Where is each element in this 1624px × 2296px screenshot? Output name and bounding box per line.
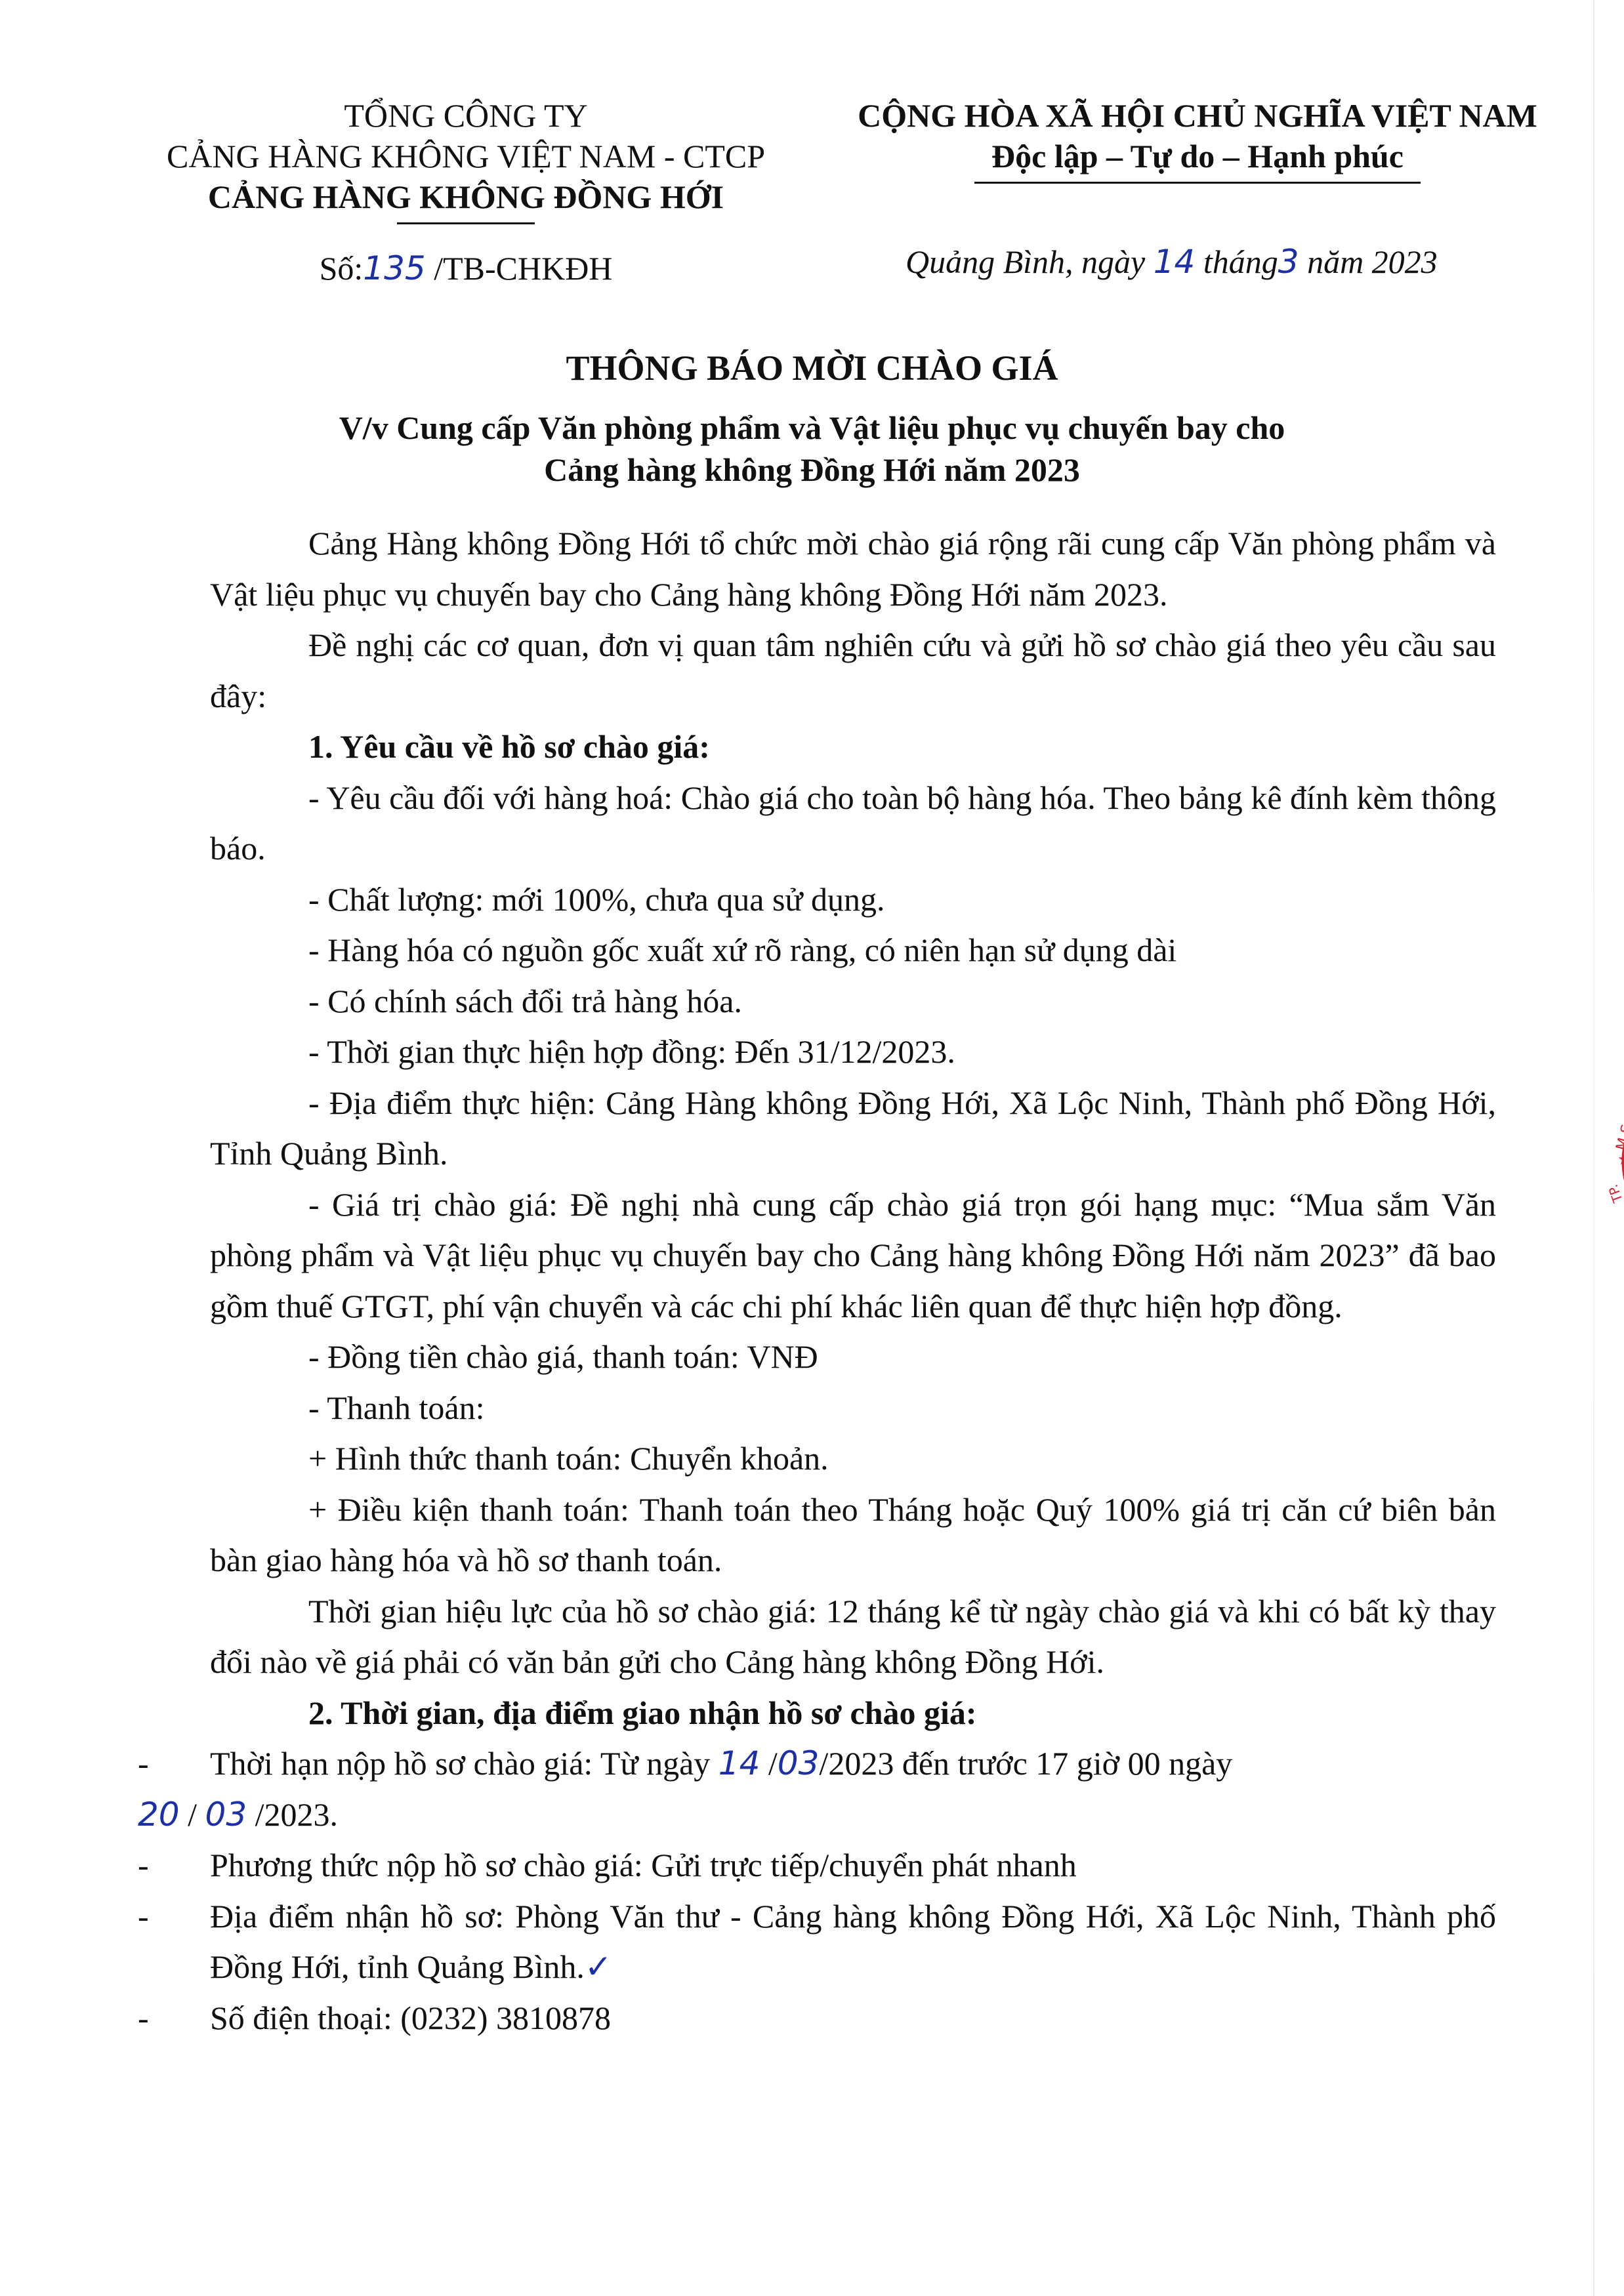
deadline-end-month: 03 xyxy=(205,1795,247,1834)
submission-deadline: Thời hạn nộp hồ sơ chào giá: Từ ngày 14 … xyxy=(102,1738,1604,1790)
subtitle-line2: Cảng hàng không Đồng Hới năm 2023 xyxy=(0,449,1624,491)
subtitle-line1: V/v Cung cấp Văn phòng phẩm và Vật liệu … xyxy=(0,407,1624,449)
date-prefix: Quảng Bình, ngày xyxy=(906,243,1145,280)
request-paragraph: Đề nghị các cơ quan, đơn vị quan tâm ngh… xyxy=(210,620,1496,722)
date-day-handwritten: 14 xyxy=(1154,243,1196,281)
req-return-policy: - Có chính sách đổi trả hàng hóa. xyxy=(210,976,1496,1027)
country-name: CỘNG HÒA XÃ HỘI CHỦ NGHĨA VIỆT NAM xyxy=(820,95,1575,136)
deadline-start-month: 03 xyxy=(778,1744,820,1782)
document-body: Cảng Hàng không Đồng Hới tổ chức mời chà… xyxy=(210,518,1496,2043)
document-subtitle: V/v Cung cấp Văn phòng phẩm và Vật liệu … xyxy=(0,407,1624,491)
deadline-middle: /2023 đến trước 17 giờ 00 ngày xyxy=(819,1745,1232,1782)
motto-underline xyxy=(974,182,1421,184)
req-offer-value: - Giá trị chào giá: Đề nghị nhà cung cấp… xyxy=(210,1179,1496,1332)
req-payment-terms: + Điều kiện thanh toán: Thanh toán theo … xyxy=(210,1485,1496,1586)
deadline-end-year: /2023. xyxy=(255,1796,338,1833)
receiving-location: Địa điểm nhận hồ sơ: Phòng Văn thư - Cản… xyxy=(102,1891,1496,1993)
req-quality: - Chất lượng: mới 100%, chưa qua sử dụng… xyxy=(210,874,1496,926)
submission-method: Phương thức nộp hồ sơ chào giá: Gửi trực… xyxy=(102,1840,1496,1891)
deadline-end-day: 20 xyxy=(138,1795,180,1834)
issuer-name: CẢNG HÀNG KHÔNG ĐỒNG HỚI xyxy=(118,176,814,217)
issuer-parent-line1: TỔNG CÔNG TY xyxy=(118,95,814,136)
deadline-start-day: 14 xyxy=(718,1744,760,1782)
doc-number-handwritten: 135 xyxy=(363,249,425,287)
seal-text-2: TP. xyxy=(1605,1182,1624,1205)
document-number: Số:135 /TB-CHKĐH xyxy=(118,249,814,287)
req-location: - Địa điểm thực hiện: Cảng Hàng không Đồ… xyxy=(210,1078,1496,1179)
deadline-prefix: Thời hạn nộp hồ sơ chào giá: Từ ngày xyxy=(210,1745,718,1782)
doc-number-prefix: Số: xyxy=(320,250,364,287)
receiving-location-text: Địa điểm nhận hồ sơ: Phòng Văn thư - Cản… xyxy=(210,1898,1496,1986)
intro-paragraph: Cảng Hàng không Đồng Hới tổ chức mời chà… xyxy=(210,518,1496,620)
validity-paragraph: Thời gian hiệu lực của hồ sơ chào giá: 1… xyxy=(210,1586,1496,1688)
issuer-underline xyxy=(397,222,535,224)
req-payment: - Thanh toán: xyxy=(210,1383,1496,1434)
req-contract-period: - Thời gian thực hiện hợp đồng: Đến 31/1… xyxy=(210,1027,1496,1078)
contact-phone: Số điện thoại: (0232) 3810878 xyxy=(102,1993,1496,2044)
place-date: Quảng Bình, ngày 14 tháng3 năm 2023 xyxy=(906,243,1562,281)
national-motto-block: CỘNG HÒA XÃ HỘI CHỦ NGHĨA VIỆT NAM Độc l… xyxy=(820,95,1575,184)
official-seal-icon: M.S.C ★ TP. xyxy=(1591,1076,1624,1246)
initial-signature-icon: ✓ xyxy=(585,1948,612,1985)
national-motto: Độc lập – Tự do – Hạnh phúc xyxy=(820,136,1575,176)
date-year: năm 2023 xyxy=(1307,243,1438,280)
date-month-label: tháng xyxy=(1203,243,1278,280)
issuer-block: TỔNG CÔNG TY CẢNG HÀNG KHÔNG VIỆT NAM - … xyxy=(118,95,814,224)
svg-text:★: ★ xyxy=(1617,1150,1624,1168)
date-month-handwritten: 3 xyxy=(1278,243,1299,281)
req-origin: - Hàng hóa có nguồn gốc xuất xứ rõ ràng,… xyxy=(210,925,1496,976)
req-goods: - Yêu cầu đối với hàng hoá: Chào giá cho… xyxy=(210,773,1496,874)
seal-text: M.S.C xyxy=(1614,1109,1624,1153)
req-payment-method: + Hình thức thanh toán: Chuyển khoản. xyxy=(210,1433,1496,1485)
doc-number-suffix: /TB-CHKĐH xyxy=(434,250,612,287)
section2-heading: 2. Thời gian, địa điểm giao nhận hồ sơ c… xyxy=(210,1688,1496,1739)
issuer-parent-line2: CẢNG HÀNG KHÔNG VIỆT NAM - CTCP xyxy=(118,136,814,176)
deadline-end: 20 / 03 /2023. xyxy=(138,1790,1496,1841)
req-currency: - Đồng tiền chào giá, thanh toán: VNĐ xyxy=(210,1332,1496,1383)
document-title: THÔNG BÁO MỜI CHÀO GIÁ xyxy=(0,348,1624,388)
section1-heading: 1. Yêu cầu về hồ sơ chào giá: xyxy=(210,722,1496,773)
